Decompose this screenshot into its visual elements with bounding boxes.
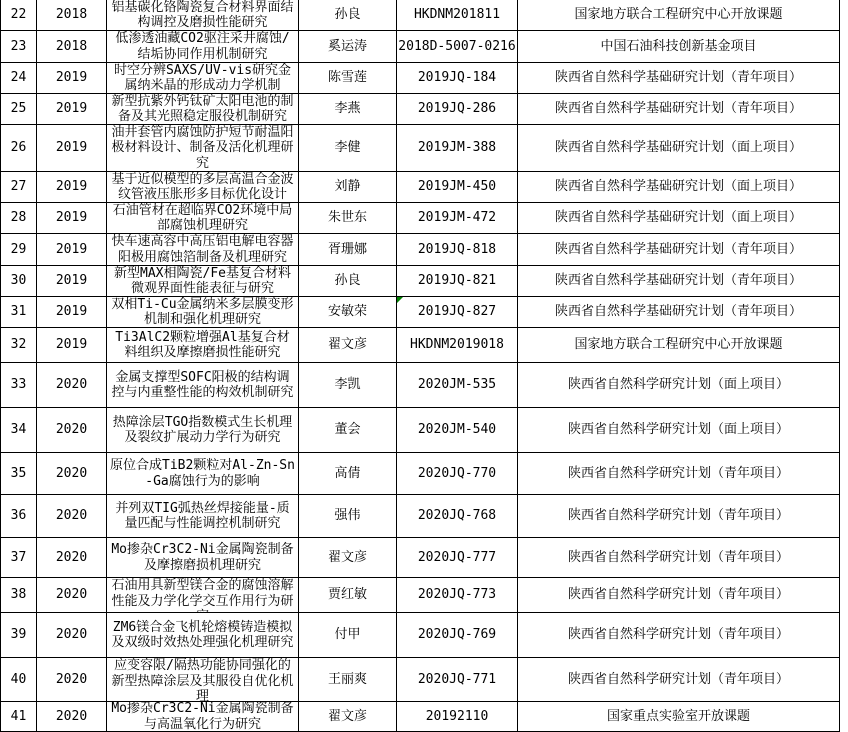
year-value: 2020 xyxy=(56,508,87,524)
cell-source[interactable]: 陕西省自然科学研究计划（青年项目） xyxy=(518,578,840,613)
cell-seq[interactable]: 37 xyxy=(1,538,37,578)
source-value: 陕西省自然科学研究计划（面上项目） xyxy=(568,422,789,438)
year-value: 2019 xyxy=(56,179,87,195)
cell-year[interactable]: 2019 xyxy=(37,94,107,125)
grant-no-value: 2019JQ-827 xyxy=(418,304,496,320)
cell-leader[interactable]: 董会 xyxy=(299,408,397,453)
cell-seq[interactable]: 40 xyxy=(1,658,37,702)
title-value: 新型抗紫外钙钛矿太阳电池的制备及其光照稳定服役机制研究 xyxy=(107,94,298,124)
seq-value: 32 xyxy=(11,337,27,353)
cell-leader[interactable]: 陈雪莲 xyxy=(299,63,397,94)
leader-value: 孙良 xyxy=(334,7,360,23)
cell-seq[interactable]: 27 xyxy=(1,172,37,203)
grant-no-value: 2019JQ-821 xyxy=(418,273,496,289)
cell-title[interactable]: 快车速高容中高压铝电解电容器阳极用腐蚀箔制备及机理研究 xyxy=(107,234,299,266)
source-value: 国家重点实验室开放课题 xyxy=(607,709,750,725)
grant-no-value: 2019JM-450 xyxy=(418,179,496,195)
cell-seq[interactable]: 38 xyxy=(1,578,37,613)
cell-seq[interactable]: 32 xyxy=(1,328,37,363)
year-value: 2019 xyxy=(56,304,87,320)
cell-year[interactable]: 2020 xyxy=(37,658,107,702)
cell-year[interactable]: 2019 xyxy=(37,125,107,172)
cell-source[interactable]: 陕西省自然科学研究计划（青年项目） xyxy=(518,453,840,495)
source-value: 陕西省自然科学研究计划（青年项目） xyxy=(568,627,789,643)
cell-title[interactable]: Ti3AlC2颗粒增强Al基复合材料组织及摩擦磨损性能研究 xyxy=(107,328,299,363)
cell-year[interactable]: 2020 xyxy=(37,408,107,453)
cell-year[interactable]: 2019 xyxy=(37,234,107,266)
year-value: 2019 xyxy=(56,210,87,226)
cell-leader[interactable]: 李凯 xyxy=(299,363,397,408)
cell-source[interactable]: 陕西省自然科学基础研究计划（青年项目） xyxy=(518,266,840,297)
cell-grant-no[interactable]: 2020JQ-771 xyxy=(397,658,518,702)
table-row: 34 2020 热障涂层TGO指数模式生长机理及裂纹扩展动力学行为研究 董会 2… xyxy=(1,408,840,453)
source-value: 陕西省自然科学研究计划（面上项目） xyxy=(568,377,789,393)
cell-grant-no[interactable]: 2020JQ-770 xyxy=(397,453,518,495)
seq-value: 28 xyxy=(11,210,27,226)
cell-title[interactable]: 石油用具新型镁合金的腐蚀溶解性能及力学化学交互作用行为研究 xyxy=(107,578,299,613)
source-value: 陕西省自然科学基础研究计划（青年项目） xyxy=(555,242,802,258)
cell-leader[interactable]: 李健 xyxy=(299,125,397,172)
leader-value: 李凯 xyxy=(334,377,360,393)
seq-value: 38 xyxy=(11,587,27,603)
seq-value: 37 xyxy=(11,550,27,566)
source-value: 陕西省自然科学研究计划（青年项目） xyxy=(568,466,789,482)
cell-grant-no[interactable]: 2019JQ-286 xyxy=(397,94,518,125)
cell-leader[interactable]: 李燕 xyxy=(299,94,397,125)
title-value: 并列双TIG弧热丝焊接能量-质量匹配与性能调控机制研究 xyxy=(107,501,298,532)
title-value: 原位合成TiB2颗粒对Al-Zn-Sn-Ga腐蚀行为的影响 xyxy=(107,458,298,489)
grant-no-value: 2019JQ-818 xyxy=(418,242,496,258)
cell-source[interactable]: 国家地方联合工程研究中心开放课题 xyxy=(518,328,840,363)
grant-no-value: 2020JQ-773 xyxy=(418,587,496,603)
grant-no-value: 2019JM-472 xyxy=(418,210,496,226)
cell-source[interactable]: 中国石油科技创新基金项目 xyxy=(518,31,840,63)
title-value: 基于近似模型的多层高温合金波纹管液压胀形多目标优化设计 xyxy=(107,172,298,202)
year-value: 2018 xyxy=(56,39,87,55)
cell-seq[interactable]: 22 xyxy=(1,0,37,31)
title-value: 时空分辨SAXS/UV-vis研究金属纳米晶的形成动力学机制 xyxy=(107,63,298,93)
leader-value: 王丽爽 xyxy=(328,672,367,688)
cell-grant-no[interactable]: 2019JQ-818 xyxy=(397,234,518,266)
title-value: 金属支撑型SOFC阳极的结构调控与内重整性能的构效机制研究 xyxy=(107,370,298,401)
table-row: 37 2020 Mo掺杂Cr3C2-Ni金属陶瓷制备及摩擦磨损机理研究 翟文彦 … xyxy=(1,538,840,578)
source-value: 陕西省自然科学基础研究计划（面上项目） xyxy=(555,179,802,195)
projects-table-body: 22 2018 铝基碳化铬陶瓷复合材料界面结构调控及磨损性能研究 孙良 HKDN… xyxy=(1,0,840,732)
cell-grant-no[interactable]: 2019JQ-184 xyxy=(397,63,518,94)
cell-seq[interactable]: 25 xyxy=(1,94,37,125)
source-value: 陕西省自然科学基础研究计划（青年项目） xyxy=(555,101,802,117)
table-row: 28 2019 石油管材在超临界CO2环境中局部腐蚀机理研究 朱世东 2019J… xyxy=(1,203,840,234)
cell-source[interactable]: 陕西省自然科学研究计划（青年项目） xyxy=(518,538,840,578)
title-value: 石油用具新型镁合金的腐蚀溶解性能及力学化学交互作用行为研究 xyxy=(107,578,298,612)
grant-no-value: 2019JM-388 xyxy=(418,140,496,156)
title-value: ZM6镁合金飞机轮熔模铸造模拟及双级时效热处理强化机理研究 xyxy=(107,620,298,651)
cell-title[interactable]: 应变容限/隔热功能协同强化的新型热障涂层及其服役自优化机理 xyxy=(107,658,299,702)
grant-no-value: 2019JQ-184 xyxy=(418,70,496,86)
year-value: 2020 xyxy=(56,627,87,643)
cell-leader[interactable]: 孙良 xyxy=(299,266,397,297)
seq-value: 39 xyxy=(11,627,27,643)
year-value: 2019 xyxy=(56,242,87,258)
grant-no-value: 2020JQ-777 xyxy=(418,550,496,566)
cell-year[interactable]: 2020 xyxy=(37,702,107,732)
cell-source[interactable]: 国家重点实验室开放课题 xyxy=(518,702,840,732)
cell-source[interactable]: 陕西省自然科学基础研究计划（面上项目） xyxy=(518,203,840,234)
cell-seq[interactable]: 36 xyxy=(1,495,37,538)
grant-no-value: 2019JQ-286 xyxy=(418,101,496,117)
table-row: 29 2019 快车速高容中高压铝电解电容器阳极用腐蚀箔制备及机理研究 胥珊娜 … xyxy=(1,234,840,266)
source-value: 陕西省自然科学基础研究计划（面上项目） xyxy=(555,210,802,226)
cell-title[interactable]: 双相Ti-Cu金属纳米多层膜变形机制和强化机理研究 xyxy=(107,297,299,328)
table-row: 40 2020 应变容限/隔热功能协同强化的新型热障涂层及其服役自优化机理 王丽… xyxy=(1,658,840,702)
leader-value: 李燕 xyxy=(334,101,360,117)
table-row: 33 2020 金属支撑型SOFC阳极的结构调控与内重整性能的构效机制研究 李凯… xyxy=(1,363,840,408)
cell-year[interactable]: 2019 xyxy=(37,297,107,328)
seq-value: 34 xyxy=(11,422,27,438)
cell-year[interactable]: 2020 xyxy=(37,613,107,658)
cell-year[interactable]: 2019 xyxy=(37,328,107,363)
cell-leader[interactable]: 孙良 xyxy=(299,0,397,31)
cell-title[interactable]: 热障涂层TGO指数模式生长机理及裂纹扩展动力学行为研究 xyxy=(107,408,299,453)
grant-no-value: 2020JQ-768 xyxy=(418,508,496,524)
table-row: 27 2019 基于近似模型的多层高温合金波纹管液压胀形多目标优化设计 刘静 2… xyxy=(1,172,840,203)
cell-year[interactable]: 2019 xyxy=(37,266,107,297)
cell-year[interactable]: 2020 xyxy=(37,453,107,495)
cell-title[interactable]: 并列双TIG弧热丝焊接能量-质量匹配与性能调控机制研究 xyxy=(107,495,299,538)
seq-value: 35 xyxy=(11,466,27,482)
leader-value: 强伟 xyxy=(334,508,360,524)
leader-value: 付甲 xyxy=(334,627,360,643)
cell-seq[interactable]: 31 xyxy=(1,297,37,328)
grant-no-value: HKDNM201811 xyxy=(414,7,500,23)
leader-value: 董会 xyxy=(334,422,360,438)
year-value: 2020 xyxy=(56,466,87,482)
table-row: 30 2019 新型MAX相陶瓷/Fe基复合材料微观界面性能表征与研究 孙良 2… xyxy=(1,266,840,297)
cell-seq[interactable]: 41 xyxy=(1,702,37,732)
grant-no-value: 2018D-5007-0216 xyxy=(398,39,515,55)
cell-source[interactable]: 陕西省自然科学基础研究计划（面上项目） xyxy=(518,125,840,172)
cell-grant-no[interactable]: 2020JQ-768 xyxy=(397,495,518,538)
seq-value: 25 xyxy=(11,101,27,117)
cell-source[interactable]: 陕西省自然科学基础研究计划（青年项目） xyxy=(518,63,840,94)
cell-source[interactable]: 陕西省自然科学基础研究计划（青年项目） xyxy=(518,94,840,125)
cell-title[interactable]: 基于近似模型的多层高温合金波纹管液压胀形多目标优化设计 xyxy=(107,172,299,203)
table-row: 38 2020 石油用具新型镁合金的腐蚀溶解性能及力学化学交互作用行为研究 贾红… xyxy=(1,578,840,613)
error-indicator-icon xyxy=(397,297,403,303)
cell-seq[interactable]: 26 xyxy=(1,125,37,172)
year-value: 2020 xyxy=(56,587,87,603)
table-row: 39 2020 ZM6镁合金飞机轮熔模铸造模拟及双级时效热处理强化机理研究 付甲… xyxy=(1,613,840,658)
leader-value: 高倩 xyxy=(334,466,360,482)
cell-source[interactable]: 陕西省自然科学研究计划（青年项目） xyxy=(518,658,840,702)
leader-value: 胥珊娜 xyxy=(328,242,367,258)
cell-title[interactable]: Mo掺杂Cr3C2-Ni金属陶瓷制备及摩擦磨损机理研究 xyxy=(107,538,299,578)
source-value: 陕西省自然科学基础研究计划（青年项目） xyxy=(555,304,802,320)
cell-year[interactable]: 2019 xyxy=(37,203,107,234)
source-value: 陕西省自然科学研究计划（青年项目） xyxy=(568,508,789,524)
cell-leader[interactable]: 奚运涛 xyxy=(299,31,397,63)
cell-leader[interactable]: 王丽爽 xyxy=(299,658,397,702)
title-value: 石油管材在超临界CO2环境中局部腐蚀机理研究 xyxy=(107,203,298,233)
title-value: 铝基碳化铬陶瓷复合材料界面结构调控及磨损性能研究 xyxy=(107,0,298,30)
cell-grant-no[interactable]: 2020JM-535 xyxy=(397,363,518,408)
cell-year[interactable]: 2020 xyxy=(37,363,107,408)
table-row: 25 2019 新型抗紫外钙钛矿太阳电池的制备及其光照稳定服役机制研究 李燕 2… xyxy=(1,94,840,125)
grant-no-value: 2020JQ-769 xyxy=(418,627,496,643)
cell-grant-no[interactable]: HKDNM2019018 xyxy=(397,328,518,363)
leader-value: 翟文彦 xyxy=(328,550,367,566)
leader-value: 陈雪莲 xyxy=(328,70,367,86)
table-row: 35 2020 原位合成TiB2颗粒对Al-Zn-Sn-Ga腐蚀行为的影响 高倩… xyxy=(1,453,840,495)
cell-source[interactable]: 陕西省自然科学基础研究计划（青年项目） xyxy=(518,234,840,266)
seq-value: 33 xyxy=(11,377,27,393)
cell-leader[interactable]: 付甲 xyxy=(299,613,397,658)
year-value: 2019 xyxy=(56,70,87,86)
cell-seq[interactable]: 35 xyxy=(1,453,37,495)
table-row: 23 2018 低渗透油藏CO2驱注采井腐蚀/结垢协同作用机制研究 奚运涛 20… xyxy=(1,31,840,63)
cell-seq[interactable]: 33 xyxy=(1,363,37,408)
cell-year[interactable]: 2020 xyxy=(37,538,107,578)
cell-year[interactable]: 2020 xyxy=(37,495,107,538)
cell-title[interactable]: Mo掺杂Cr3C2-Ni金属陶瓷制备与高温氧化行为研究 xyxy=(107,702,299,732)
grant-no-value: 2020JM-540 xyxy=(418,422,496,438)
cell-source[interactable]: 陕西省自然科学基础研究计划（面上项目） xyxy=(518,172,840,203)
table-row: 32 2019 Ti3AlC2颗粒增强Al基复合材料组织及摩擦磨损性能研究 翟文… xyxy=(1,328,840,363)
cell-leader[interactable]: 高倩 xyxy=(299,453,397,495)
cell-title[interactable]: ZM6镁合金飞机轮熔模铸造模拟及双级时效热处理强化机理研究 xyxy=(107,613,299,658)
cell-leader[interactable]: 胥珊娜 xyxy=(299,234,397,266)
cell-leader[interactable]: 翟文彦 xyxy=(299,702,397,732)
cell-source[interactable]: 陕西省自然科学研究计划（面上项目） xyxy=(518,408,840,453)
title-value: 油井套管内腐蚀防护短节耐温阳极材料设计、制备及活化机理研究 xyxy=(107,125,298,171)
cell-grant-no[interactable]: 2020JQ-769 xyxy=(397,613,518,658)
cell-seq[interactable]: 34 xyxy=(1,408,37,453)
cell-title[interactable]: 油井套管内腐蚀防护短节耐温阳极材料设计、制备及活化机理研究 xyxy=(107,125,299,172)
grant-no-value: HKDNM2019018 xyxy=(410,337,504,353)
leader-value: 贾红敏 xyxy=(328,587,367,603)
cell-leader[interactable]: 翟文彦 xyxy=(299,538,397,578)
leader-value: 安敏荣 xyxy=(328,304,367,320)
seq-value: 24 xyxy=(11,70,27,86)
grant-no-value: 2020JM-535 xyxy=(418,377,496,393)
cell-grant-no[interactable]: 2019JM-472 xyxy=(397,203,518,234)
cell-seq[interactable]: 28 xyxy=(1,203,37,234)
cell-seq[interactable]: 39 xyxy=(1,613,37,658)
seq-value: 31 xyxy=(11,304,27,320)
leader-value: 李健 xyxy=(334,140,360,156)
table-row: 26 2019 油井套管内腐蚀防护短节耐温阳极材料设计、制备及活化机理研究 李健… xyxy=(1,125,840,172)
source-value: 国家地方联合工程研究中心开放课题 xyxy=(574,7,782,23)
grant-no-value: 20192110 xyxy=(426,709,489,725)
cell-title[interactable]: 铝基碳化铬陶瓷复合材料界面结构调控及磨损性能研究 xyxy=(107,0,299,31)
title-value: 快车速高容中高压铝电解电容器阳极用腐蚀箔制备及机理研究 xyxy=(107,234,298,265)
cell-title[interactable]: 新型MAX相陶瓷/Fe基复合材料微观界面性能表征与研究 xyxy=(107,266,299,297)
source-value: 陕西省自然科学研究计划（青年项目） xyxy=(568,587,789,603)
year-value: 2020 xyxy=(56,377,87,393)
cell-source[interactable]: 陕西省自然科学研究计划（青年项目） xyxy=(518,613,840,658)
cell-leader[interactable]: 朱世东 xyxy=(299,203,397,234)
title-value: 双相Ti-Cu金属纳米多层膜变形机制和强化机理研究 xyxy=(107,297,298,327)
seq-value: 36 xyxy=(11,508,27,524)
cell-title[interactable]: 石油管材在超临界CO2环境中局部腐蚀机理研究 xyxy=(107,203,299,234)
year-value: 2019 xyxy=(56,273,87,289)
source-value: 陕西省自然科学基础研究计划（青年项目） xyxy=(555,273,802,289)
cell-grant-no[interactable]: HKDNM201811 xyxy=(397,0,518,31)
leader-value: 翟文彦 xyxy=(328,337,367,353)
leader-value: 奚运涛 xyxy=(328,39,367,55)
year-value: 2019 xyxy=(56,140,87,156)
cell-grant-no[interactable]: 2019JQ-827 xyxy=(397,297,518,328)
cell-grant-no[interactable]: 2020JQ-777 xyxy=(397,538,518,578)
cell-title[interactable]: 原位合成TiB2颗粒对Al-Zn-Sn-Ga腐蚀行为的影响 xyxy=(107,453,299,495)
projects-table: 22 2018 铝基碳化铬陶瓷复合材料界面结构调控及磨损性能研究 孙良 HKDN… xyxy=(0,0,840,732)
table-row: 36 2020 并列双TIG弧热丝焊接能量-质量匹配与性能调控机制研究 强伟 2… xyxy=(1,495,840,538)
grant-no-value: 2020JQ-770 xyxy=(418,466,496,482)
leader-value: 刘静 xyxy=(334,179,360,195)
cell-leader[interactable]: 刘静 xyxy=(299,172,397,203)
cell-seq[interactable]: 30 xyxy=(1,266,37,297)
cell-seq[interactable]: 23 xyxy=(1,31,37,63)
source-value: 陕西省自然科学基础研究计划（面上项目） xyxy=(555,140,802,156)
year-value: 2019 xyxy=(56,337,87,353)
cell-grant-no[interactable]: 2020JQ-773 xyxy=(397,578,518,613)
source-value: 陕西省自然科学研究计划（青年项目） xyxy=(568,672,789,688)
cell-year[interactable]: 2019 xyxy=(37,63,107,94)
title-value: Ti3AlC2颗粒增强Al基复合材料组织及摩擦磨损性能研究 xyxy=(107,330,298,361)
cell-title[interactable]: 金属支撑型SOFC阳极的结构调控与内重整性能的构效机制研究 xyxy=(107,363,299,408)
cell-leader[interactable]: 强伟 xyxy=(299,495,397,538)
title-value: Mo掺杂Cr3C2-Ni金属陶瓷制备及摩擦磨损机理研究 xyxy=(107,542,298,573)
cell-year[interactable]: 2018 xyxy=(37,0,107,31)
seq-value: 23 xyxy=(11,39,27,55)
seq-value: 41 xyxy=(11,709,27,725)
table-row: 41 2020 Mo掺杂Cr3C2-Ni金属陶瓷制备与高温氧化行为研究 翟文彦 … xyxy=(1,702,840,732)
source-value: 陕西省自然科学研究计划（青年项目） xyxy=(568,550,789,566)
year-value: 2018 xyxy=(56,7,87,23)
cell-grant-no[interactable]: 2018D-5007-0216 xyxy=(397,31,518,63)
cell-year[interactable]: 2019 xyxy=(37,172,107,203)
cell-year[interactable]: 2018 xyxy=(37,31,107,63)
source-value: 国家地方联合工程研究中心开放课题 xyxy=(574,337,782,353)
title-value: 热障涂层TGO指数模式生长机理及裂纹扩展动力学行为研究 xyxy=(107,415,298,446)
cell-source[interactable]: 国家地方联合工程研究中心开放课题 xyxy=(518,0,840,31)
cell-leader[interactable]: 翟文彦 xyxy=(299,328,397,363)
cell-source[interactable]: 陕西省自然科学研究计划（青年项目） xyxy=(518,495,840,538)
leader-value: 孙良 xyxy=(334,273,360,289)
spreadsheet-viewport: 22 2018 铝基碳化铬陶瓷复合材料界面结构调控及磨损性能研究 孙良 HKDN… xyxy=(0,0,848,732)
cell-seq[interactable]: 24 xyxy=(1,63,37,94)
cell-grant-no[interactable]: 2019JM-450 xyxy=(397,172,518,203)
source-value: 陕西省自然科学基础研究计划（青年项目） xyxy=(555,70,802,86)
cell-leader[interactable]: 安敏荣 xyxy=(299,297,397,328)
seq-value: 26 xyxy=(11,140,27,156)
seq-value: 29 xyxy=(11,242,27,258)
year-value: 2020 xyxy=(56,709,87,725)
seq-value: 22 xyxy=(11,7,27,23)
cell-grant-no[interactable]: 2019JQ-821 xyxy=(397,266,518,297)
cell-grant-no[interactable]: 20192110 xyxy=(397,702,518,732)
table-row: 22 2018 铝基碳化铬陶瓷复合材料界面结构调控及磨损性能研究 孙良 HKDN… xyxy=(1,0,840,31)
cell-title[interactable]: 时空分辨SAXS/UV-vis研究金属纳米晶的形成动力学机制 xyxy=(107,63,299,94)
year-value: 2019 xyxy=(56,101,87,117)
year-value: 2020 xyxy=(56,422,87,438)
title-value: 新型MAX相陶瓷/Fe基复合材料微观界面性能表征与研究 xyxy=(107,266,298,296)
seq-value: 40 xyxy=(11,672,27,688)
cell-grant-no[interactable]: 2019JM-388 xyxy=(397,125,518,172)
leader-value: 翟文彦 xyxy=(328,709,367,725)
title-value: 低渗透油藏CO2驱注采井腐蚀/结垢协同作用机制研究 xyxy=(107,31,298,62)
cell-title[interactable]: 新型抗紫外钙钛矿太阳电池的制备及其光照稳定服役机制研究 xyxy=(107,94,299,125)
year-value: 2020 xyxy=(56,672,87,688)
table-row: 24 2019 时空分辨SAXS/UV-vis研究金属纳米晶的形成动力学机制 陈… xyxy=(1,63,840,94)
grant-no-value: 2020JQ-771 xyxy=(418,672,496,688)
seq-value: 27 xyxy=(11,179,27,195)
cell-grant-no[interactable]: 2020JM-540 xyxy=(397,408,518,453)
table-row: 31 2019 双相Ti-Cu金属纳米多层膜变形机制和强化机理研究 安敏荣 20… xyxy=(1,297,840,328)
cell-year[interactable]: 2020 xyxy=(37,578,107,613)
cell-leader[interactable]: 贾红敏 xyxy=(299,578,397,613)
cell-title[interactable]: 低渗透油藏CO2驱注采井腐蚀/结垢协同作用机制研究 xyxy=(107,31,299,63)
year-value: 2020 xyxy=(56,550,87,566)
title-value: 应变容限/隔热功能协同强化的新型热障涂层及其服役自优化机理 xyxy=(107,658,298,701)
cell-source[interactable]: 陕西省自然科学研究计划（面上项目） xyxy=(518,363,840,408)
seq-value: 30 xyxy=(11,273,27,289)
cell-source[interactable]: 陕西省自然科学基础研究计划（青年项目） xyxy=(518,297,840,328)
leader-value: 朱世东 xyxy=(328,210,367,226)
cell-seq[interactable]: 29 xyxy=(1,234,37,266)
title-value: Mo掺杂Cr3C2-Ni金属陶瓷制备与高温氧化行为研究 xyxy=(107,702,298,731)
source-value: 中国石油科技创新基金项目 xyxy=(600,39,756,55)
